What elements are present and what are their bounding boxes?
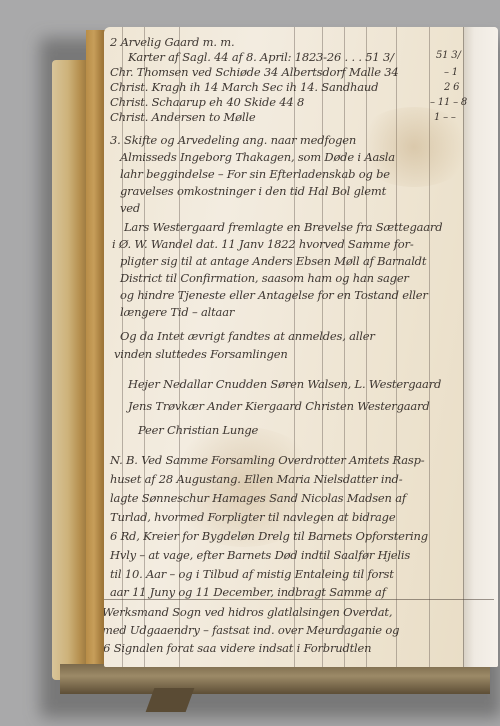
ledger-line: til 10. Aar – og i Tilbud af mistig Enta… bbox=[110, 567, 394, 581]
ledger-line: pligter sig til at antage Anders Ebsen M… bbox=[120, 254, 426, 268]
ledger-line: N. B. Ved Samme Forsamling Overdrotter A… bbox=[110, 453, 424, 467]
ledger-page: 2 Arvelig Gaard m. m. Karter af Sagl. 44… bbox=[104, 27, 498, 667]
ledger-line: Og da Intet ævrigt fandtes at anmeldes, … bbox=[120, 329, 375, 343]
signature-line: Jens Trøvkær Ander Kiergaard Christen We… bbox=[128, 399, 430, 413]
ledger-line: 3. Skifte og Arvedeling ang. naar medfog… bbox=[110, 133, 356, 147]
ledger-line: lahr beggindelse – For sin Efterladenska… bbox=[120, 167, 390, 181]
ledger-line: vinden sluttedes Forsamlingen bbox=[114, 347, 288, 361]
ledger-line: Christ. Schaarup eh 40 Skide 44 8 bbox=[110, 95, 304, 109]
amount: 1 – – bbox=[434, 112, 456, 123]
horizontal-rule bbox=[104, 599, 494, 600]
ledger-line: gravelses omkostninger i den tid Hal Bol… bbox=[120, 184, 386, 198]
ledger-line: og hindre Tjeneste eller Antagelse for e… bbox=[120, 288, 428, 302]
ledger-line: aar 11 Juny og 11 December, indbragt Sam… bbox=[110, 585, 386, 599]
right-margin bbox=[463, 27, 498, 667]
ledger-line: Christ. Kragh ih 14 March Sec ih 14. San… bbox=[110, 80, 378, 94]
ledger-line: Werksmand Sogn ved hidros glatlalsingen … bbox=[104, 605, 392, 619]
ledger-line: i Ø. W. Wandel dat. 11 Janv 1822 hvorved… bbox=[112, 237, 414, 251]
ledger-line: Karter af Sagl. 44 af 8. April: 1823-26 … bbox=[128, 50, 394, 64]
ledger-line: Chr. Thomsen ved Schiøde 34 Albertsdorf … bbox=[110, 65, 399, 79]
signature-line: Hejer Nedallar Cnudden Søren Walsen, L. … bbox=[128, 377, 441, 391]
amount: – 1 bbox=[444, 67, 458, 78]
ledger-line: Lars Westergaard fremlagte en Brevelse f… bbox=[124, 220, 442, 234]
ledger-line: Christ. Andersen to Mølle bbox=[110, 110, 255, 124]
book-bottom-edge bbox=[60, 664, 490, 694]
ledger-line: huset af 28 Augustang. Ellen Maria Niels… bbox=[110, 472, 402, 486]
ledger-line: lagte Sønneschur Hamages Sand Nicolas Ma… bbox=[110, 491, 406, 505]
ledger-line: 6 Rd, Kreier for Bygdeløn Drelg til Barn… bbox=[110, 529, 428, 543]
amount: – 11 – 8 bbox=[430, 97, 467, 108]
amount: 2 6 bbox=[444, 82, 459, 93]
ledger-line: ved bbox=[120, 201, 140, 215]
ledger-line: Turlad, hvormed Forpligter til navlegen … bbox=[110, 510, 395, 524]
ledger-line: District til Confirmation, saasom ham og… bbox=[120, 271, 409, 285]
ledger-line: 06 Signalen forat saa videre indsat i Fo… bbox=[104, 641, 371, 655]
ledger-line: med Udgaaendry – fastsat ind. over Meurd… bbox=[104, 623, 399, 637]
ledger-line: 2 Arvelig Gaard m. m. bbox=[110, 35, 234, 49]
ledger-line: Almisseds Ingeborg Thakagen, som Døde i … bbox=[120, 150, 395, 164]
ledger-line: længere Tid – altaar bbox=[120, 305, 234, 319]
ledger-line: Hvly – at vage, efter Barnets Død indtil… bbox=[110, 548, 410, 562]
signature-line: Peer Christian Lunge bbox=[138, 423, 258, 437]
amount: 51 3/ bbox=[436, 50, 461, 61]
